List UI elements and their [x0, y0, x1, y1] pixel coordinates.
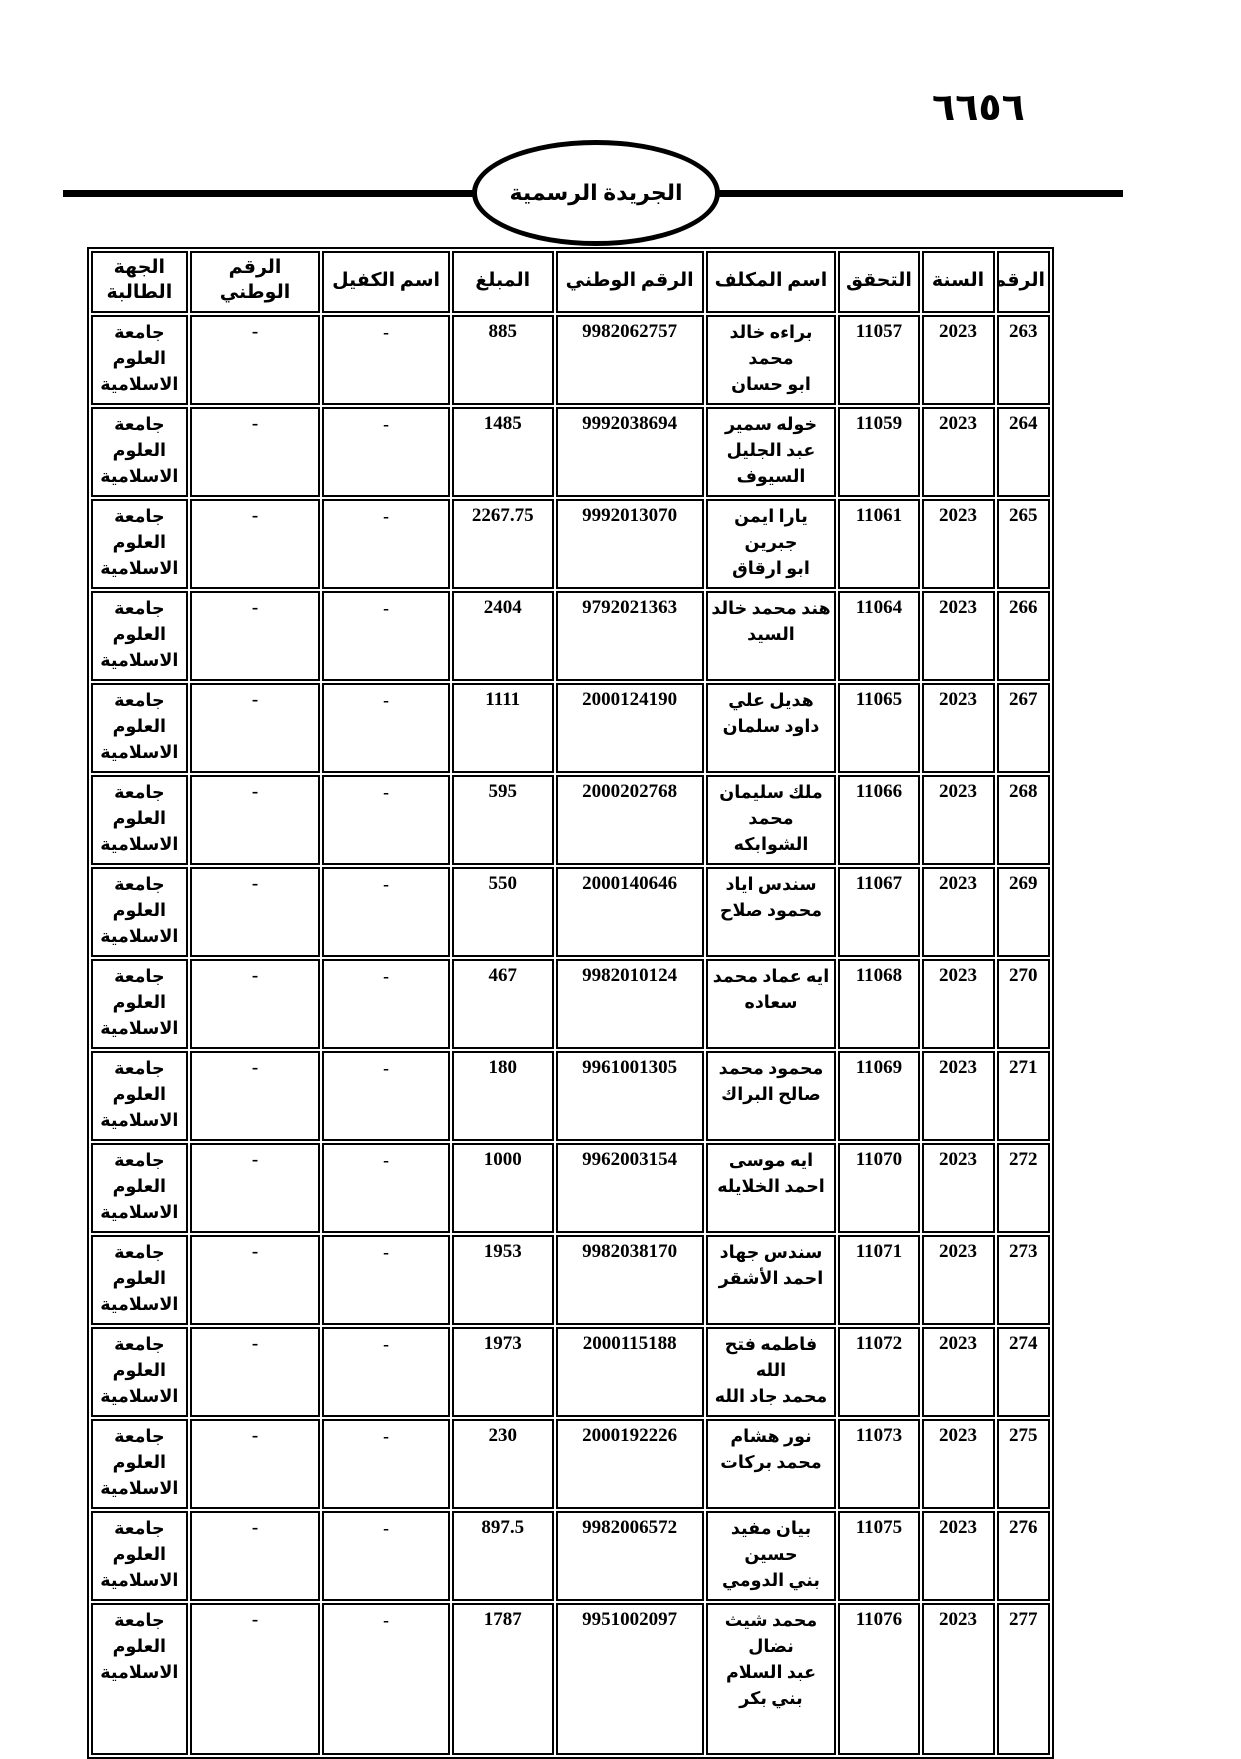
cell-mukallaf: سندس جهاد احمد الأشقر: [706, 1235, 837, 1325]
cell-raqm: 274: [997, 1327, 1050, 1417]
cell-kafil: -: [322, 1511, 450, 1601]
table-row: 270202311068ايه عماد محمد سعاده998201012…: [91, 959, 1050, 1049]
cell-sana: 2023: [922, 1603, 995, 1755]
cell-kafil: -: [322, 1235, 450, 1325]
cell-mukallaf: نور هشام محمد بركات: [706, 1419, 837, 1509]
cell-raqm: 275: [997, 1419, 1050, 1509]
cell-mukallaf: بيان مفيد حسين بني الدومي: [706, 1511, 837, 1601]
cell-mukallaf: محمود محمد صالح البراك: [706, 1051, 837, 1141]
cell-mukallaf: ايه موسى احمد الخلايله: [706, 1143, 837, 1233]
cell-mablagh: 2404: [452, 591, 554, 681]
table-row: 277202311076محمد شيث نضال عبد السلام بني…: [91, 1603, 1050, 1755]
page-number: ٦٦٥٦: [932, 84, 1025, 129]
cell-tahaqquq: 11068: [838, 959, 919, 1049]
cell-kafil_watani: -: [190, 959, 321, 1049]
cell-kafil: -: [322, 1327, 450, 1417]
cell-tahaqquq: 11067: [838, 867, 919, 957]
cell-mablagh: 2267.75: [452, 499, 554, 589]
cell-jiha: جامعة العلوم الاسلامية: [91, 1235, 188, 1325]
cell-tahaqquq: 11070: [838, 1143, 919, 1233]
cell-kafil: -: [322, 1603, 450, 1755]
cell-mablagh: 885: [452, 315, 554, 405]
cell-jiha: جامعة العلوم الاسلامية: [91, 959, 188, 1049]
cell-kafil_watani: -: [190, 1143, 321, 1233]
cell-kafil_watani: -: [190, 1419, 321, 1509]
cell-sana: 2023: [922, 1419, 995, 1509]
cell-watani: 2000192226: [556, 1419, 704, 1509]
gazette-ellipse: الجريدة الرسمية: [472, 140, 720, 246]
cell-sana: 2023: [922, 775, 995, 865]
cell-kafil: -: [322, 1419, 450, 1509]
cell-jiha: جامعة العلوم الاسلامية: [91, 1419, 188, 1509]
cell-kafil: -: [322, 1051, 450, 1141]
cell-mablagh: 1111: [452, 683, 554, 773]
cell-sana: 2023: [922, 499, 995, 589]
table-row: 268202311066ملك سليمان محمد الشوابكه2000…: [91, 775, 1050, 865]
cell-kafil: -: [322, 591, 450, 681]
cell-kafil_watani: -: [190, 499, 321, 589]
cell-mukallaf: ايه عماد محمد سعاده: [706, 959, 837, 1049]
cell-sana: 2023: [922, 315, 995, 405]
cell-sana: 2023: [922, 1235, 995, 1325]
cell-mablagh: 467: [452, 959, 554, 1049]
cell-raqm: 263: [997, 315, 1050, 405]
cell-watani: 9951002097: [556, 1603, 704, 1755]
cell-mablagh: 550: [452, 867, 554, 957]
cell-sana: 2023: [922, 591, 995, 681]
table-row: 267202311065هديل علي داود سلمان200012419…: [91, 683, 1050, 773]
cell-kafil: -: [322, 867, 450, 957]
table-header-row: الرقمالسنةالتحققاسم المكلفالرقم الوطنيال…: [91, 251, 1050, 313]
cell-tahaqquq: 11059: [838, 407, 919, 497]
cell-raqm: 264: [997, 407, 1050, 497]
cell-mablagh: 595: [452, 775, 554, 865]
header-cell-watani: الرقم الوطني: [556, 251, 704, 313]
cell-kafil_watani: -: [190, 867, 321, 957]
header-cell-mablagh: المبلغ: [452, 251, 554, 313]
cell-mablagh: 897.5: [452, 1511, 554, 1601]
table-row: 272202311070ايه موسى احمد الخلايله996200…: [91, 1143, 1050, 1233]
cell-mukallaf: فاطمه فتح الله محمد جاد الله: [706, 1327, 837, 1417]
header-cell-raqm: الرقم: [997, 251, 1050, 313]
cell-kafil: -: [322, 683, 450, 773]
cell-kafil: -: [322, 775, 450, 865]
cell-mukallaf: براءه خالد محمد ابو حسان: [706, 315, 837, 405]
cell-tahaqquq: 11057: [838, 315, 919, 405]
cell-tahaqquq: 11064: [838, 591, 919, 681]
gazette-title: الجريدة الرسمية: [510, 180, 683, 206]
cell-mukallaf: ملك سليمان محمد الشوابكه: [706, 775, 837, 865]
cell-tahaqquq: 11069: [838, 1051, 919, 1141]
table-row: 266202311064هند محمد خالد السيد979202136…: [91, 591, 1050, 681]
header-cell-jiha: الجهة الطالبة: [91, 251, 188, 313]
cell-kafil_watani: -: [190, 591, 321, 681]
header-cell-mukallaf: اسم المكلف: [706, 251, 837, 313]
cell-raqm: 268: [997, 775, 1050, 865]
cell-watani: 9982006572: [556, 1511, 704, 1601]
header-cell-tahaqquq: التحقق: [838, 251, 919, 313]
cell-sana: 2023: [922, 683, 995, 773]
records-table: الرقمالسنةالتحققاسم المكلفالرقم الوطنيال…: [87, 247, 1054, 1759]
cell-tahaqquq: 11065: [838, 683, 919, 773]
cell-mukallaf: محمد شيث نضال عبد السلام بني بكر: [706, 1603, 837, 1755]
cell-mablagh: 1953: [452, 1235, 554, 1325]
cell-mukallaf: هديل علي داود سلمان: [706, 683, 837, 773]
cell-watani: 2000140646: [556, 867, 704, 957]
cell-kafil: -: [322, 1143, 450, 1233]
table-row: 269202311067سندس اياد محمود صلاح20001406…: [91, 867, 1050, 957]
cell-watani: 2000202768: [556, 775, 704, 865]
cell-kafil_watani: -: [190, 1051, 321, 1141]
cell-raqm: 277: [997, 1603, 1050, 1755]
cell-watani: 9962003154: [556, 1143, 704, 1233]
table-row: 263202311057براءه خالد محمد ابو حسان9982…: [91, 315, 1050, 405]
cell-jiha: جامعة العلوم الاسلامية: [91, 407, 188, 497]
cell-raqm: 272: [997, 1143, 1050, 1233]
table-row: 276202311075بيان مفيد حسين بني الدومي998…: [91, 1511, 1050, 1601]
cell-mablagh: 230: [452, 1419, 554, 1509]
cell-jiha: جامعة العلوم الاسلامية: [91, 591, 188, 681]
cell-watani: 9982038170: [556, 1235, 704, 1325]
header-cell-sana: السنة: [922, 251, 995, 313]
cell-kafil: -: [322, 959, 450, 1049]
cell-watani: 9992038694: [556, 407, 704, 497]
cell-watani: 9982062757: [556, 315, 704, 405]
cell-jiha: جامعة العلوم الاسلامية: [91, 683, 188, 773]
cell-kafil_watani: -: [190, 1235, 321, 1325]
cell-mukallaf: هند محمد خالد السيد: [706, 591, 837, 681]
cell-watani: 2000115188: [556, 1327, 704, 1417]
header-cell-kafil: اسم الكفيل: [322, 251, 450, 313]
cell-mablagh: 180: [452, 1051, 554, 1141]
cell-raqm: 267: [997, 683, 1050, 773]
cell-raqm: 270: [997, 959, 1050, 1049]
cell-kafil_watani: -: [190, 315, 321, 405]
cell-mablagh: 1973: [452, 1327, 554, 1417]
table-row: 271202311069محمود محمد صالح البراك996100…: [91, 1051, 1050, 1141]
cell-jiha: جامعة العلوم الاسلامية: [91, 1051, 188, 1141]
table-row: 264202311059خوله سمير عبد الجليل السيوف9…: [91, 407, 1050, 497]
cell-tahaqquq: 11073: [838, 1419, 919, 1509]
cell-watani: 9961001305: [556, 1051, 704, 1141]
cell-jiha: جامعة العلوم الاسلامية: [91, 775, 188, 865]
cell-mablagh: 1787: [452, 1603, 554, 1755]
cell-raqm: 265: [997, 499, 1050, 589]
cell-mablagh: 1485: [452, 407, 554, 497]
cell-kafil_watani: -: [190, 1603, 321, 1755]
cell-kafil_watani: -: [190, 407, 321, 497]
cell-sana: 2023: [922, 1511, 995, 1601]
cell-kafil_watani: -: [190, 683, 321, 773]
cell-kafil_watani: -: [190, 1511, 321, 1601]
cell-sana: 2023: [922, 1143, 995, 1233]
table-row: 275202311073نور هشام محمد بركات200019222…: [91, 1419, 1050, 1509]
cell-tahaqquq: 11066: [838, 775, 919, 865]
cell-tahaqquq: 11061: [838, 499, 919, 589]
cell-mablagh: 1000: [452, 1143, 554, 1233]
cell-jiha: جامعة العلوم الاسلامية: [91, 1143, 188, 1233]
cell-mukallaf: يارا ايمن جبرين ابو ارقاق: [706, 499, 837, 589]
table-row: 274202311072فاطمه فتح الله محمد جاد الله…: [91, 1327, 1050, 1417]
cell-raqm: 271: [997, 1051, 1050, 1141]
cell-mukallaf: سندس اياد محمود صلاح: [706, 867, 837, 957]
cell-sana: 2023: [922, 1327, 995, 1417]
cell-tahaqquq: 11075: [838, 1511, 919, 1601]
records-table-container: الرقمالسنةالتحققاسم المكلفالرقم الوطنيال…: [87, 247, 1054, 1759]
cell-raqm: 269: [997, 867, 1050, 957]
cell-raqm: 276: [997, 1511, 1050, 1601]
cell-tahaqquq: 11072: [838, 1327, 919, 1417]
cell-jiha: جامعة العلوم الاسلامية: [91, 867, 188, 957]
cell-watani: 2000124190: [556, 683, 704, 773]
cell-jiha: جامعة العلوم الاسلامية: [91, 315, 188, 405]
table-row: 265202311061يارا ايمن جبرين ابو ارقاق999…: [91, 499, 1050, 589]
cell-sana: 2023: [922, 1051, 995, 1141]
cell-tahaqquq: 11076: [838, 1603, 919, 1755]
table-row: 273202311071سندس جهاد احمد الأشقر9982038…: [91, 1235, 1050, 1325]
cell-sana: 2023: [922, 407, 995, 497]
cell-jiha: جامعة العلوم الاسلامية: [91, 1327, 188, 1417]
cell-sana: 2023: [922, 867, 995, 957]
cell-kafil_watani: -: [190, 1327, 321, 1417]
cell-kafil: -: [322, 315, 450, 405]
cell-watani: 9792021363: [556, 591, 704, 681]
cell-kafil: -: [322, 499, 450, 589]
cell-kafil_watani: -: [190, 775, 321, 865]
cell-raqm: 266: [997, 591, 1050, 681]
cell-jiha: جامعة العلوم الاسلامية: [91, 1511, 188, 1601]
cell-raqm: 273: [997, 1235, 1050, 1325]
cell-sana: 2023: [922, 959, 995, 1049]
cell-tahaqquq: 11071: [838, 1235, 919, 1325]
cell-kafil: -: [322, 407, 450, 497]
cell-watani: 9982010124: [556, 959, 704, 1049]
cell-mukallaf: خوله سمير عبد الجليل السيوف: [706, 407, 837, 497]
cell-watani: 9992013070: [556, 499, 704, 589]
header-cell-kafil_watani: الرقم الوطني: [190, 251, 321, 313]
cell-jiha: جامعة العلوم الاسلامية: [91, 1603, 188, 1755]
cell-jiha: جامعة العلوم الاسلامية: [91, 499, 188, 589]
